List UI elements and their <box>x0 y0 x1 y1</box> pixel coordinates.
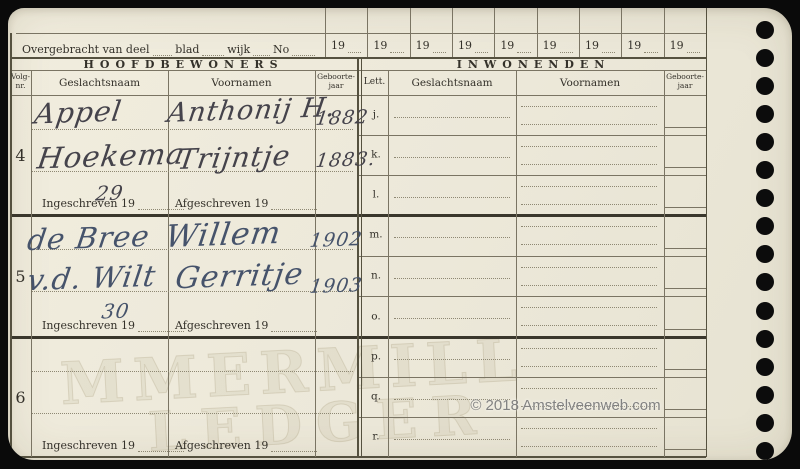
givenname-entry: Anthonij H. <box>165 92 338 129</box>
dotted-fill <box>390 44 403 53</box>
punch-hole <box>756 77 774 95</box>
year-cell-label: 19 <box>543 39 557 52</box>
dotted-fill <box>253 47 270 56</box>
column-header-geslachtsnaam: Geslachtsnaam <box>388 77 516 89</box>
writing-line <box>521 428 657 429</box>
surname-entry: de Bree <box>25 219 152 257</box>
year-cell-label: 19 <box>458 39 472 52</box>
geboortejaar-divider <box>664 207 706 208</box>
year-cell: 19 <box>452 33 494 57</box>
writing-line <box>32 413 353 414</box>
afgeschreven-label: Afgeschreven 19 <box>175 439 317 452</box>
row-letter: n. <box>365 269 387 281</box>
writing-line <box>521 164 657 165</box>
punch-hole <box>756 133 774 151</box>
ingeschreven-label: Ingeschreven 19 <box>42 439 184 452</box>
punch-hole <box>756 189 774 207</box>
writing-line <box>521 106 657 107</box>
writing-line <box>521 285 657 286</box>
row-letter: p. <box>365 350 387 362</box>
geboortejaar-divider <box>664 369 706 370</box>
dotted-fill <box>292 47 315 56</box>
inwonenden-row: p. <box>361 337 706 377</box>
punch-hole <box>756 386 774 404</box>
row-letter: l. <box>365 188 387 200</box>
ingeschreven-year-entry: 30 <box>100 299 131 324</box>
section-title-hoofdbewoners: HOOFDBEWONERS <box>10 58 357 71</box>
dotted-fill <box>517 44 530 53</box>
row-letter: k. <box>365 148 387 160</box>
geboortejaar-divider <box>664 127 706 128</box>
writing-line <box>521 348 657 349</box>
year-cell-label: 19 <box>585 39 599 52</box>
register-card: MMERMILL LEDGER Overgebracht van deel bl… <box>8 8 792 460</box>
dotted-fill <box>433 44 446 53</box>
hoofdbewoners-block: 4 Appel Anthonij H. 1882 Hoekema Trijntj… <box>10 95 357 215</box>
inwonenden-row: r. <box>361 417 706 457</box>
surname-entry: Hoekema <box>35 136 187 175</box>
year-cell: 19 <box>367 33 409 57</box>
geboortejaar-divider <box>664 288 706 289</box>
dotted-fill <box>602 44 615 53</box>
dotted-fill <box>271 442 317 452</box>
dotted-fill <box>348 44 361 53</box>
geboortejaar-divider <box>664 449 706 450</box>
writing-line <box>394 237 510 238</box>
punch-hole <box>756 105 774 123</box>
year-cell: 19 <box>621 33 663 57</box>
inwonenden-row: n. <box>361 256 706 297</box>
dotted-fill <box>202 47 224 56</box>
punch-hole <box>756 49 774 67</box>
hoofdbewoners-block: 6 Ingeschreven 19 Afgeschreven 19 <box>10 337 357 457</box>
year-cells-row: 191919191919191919 <box>325 33 706 57</box>
copyright-watermark: © 2018 Amstelveenweb.com <box>458 397 673 414</box>
writing-line <box>521 388 657 389</box>
year-cell: 19 <box>537 33 579 57</box>
dotted-fill <box>475 44 488 53</box>
column-header-geboortejaar: Geboorte- jaar <box>664 72 706 91</box>
punch-hole <box>756 21 774 39</box>
surname-entry: Appel <box>32 94 124 130</box>
hoofdbewoners-block: 5 de Bree Willem 1902 v.d. Wilt Gerritje… <box>10 215 357 337</box>
punch-hole <box>756 245 774 263</box>
column-header-voornamen: Voornamen <box>516 77 664 89</box>
punch-hole <box>756 414 774 432</box>
year-cell: 19 <box>664 33 706 57</box>
year-cell-label: 19 <box>627 39 641 52</box>
volgnr-value: 6 <box>10 337 31 457</box>
dotted-fill <box>687 44 700 53</box>
writing-line <box>394 157 510 158</box>
punch-hole <box>756 330 774 348</box>
punch-hole <box>756 273 774 291</box>
writing-line <box>32 129 353 130</box>
year-cell-label: 19 <box>331 39 345 52</box>
writing-line <box>394 318 510 319</box>
writing-line <box>521 244 657 245</box>
givenname-entry: Trijntje <box>175 139 293 176</box>
writing-line <box>521 226 657 227</box>
writing-line <box>521 267 657 268</box>
year-cell: 19 <box>494 33 536 57</box>
punch-hole <box>756 302 774 320</box>
writing-line <box>521 307 657 308</box>
writing-line <box>394 278 510 279</box>
year-cell-label: 19 <box>500 39 514 52</box>
punch-hole <box>756 358 774 376</box>
writing-line <box>521 186 657 187</box>
birthyear-entry: 1902 <box>308 228 364 252</box>
writing-line <box>521 124 657 125</box>
punch-hole <box>756 217 774 235</box>
givenname-entry: Willem <box>163 215 284 255</box>
dotted-fill <box>271 200 317 210</box>
surname-entry: v.d. Wilt <box>25 259 158 297</box>
row-letter: r. <box>365 430 387 442</box>
year-cell: 19 <box>325 33 367 57</box>
writing-line <box>521 325 657 326</box>
column-header-geslachtsnaam: Geslachtsnaam <box>31 77 168 89</box>
transfer-label-no: No <box>273 43 289 56</box>
column-header-geboortejaar: Geboorte- jaar <box>315 72 357 91</box>
row-letter: m. <box>365 229 387 241</box>
geboortejaar-divider <box>664 248 706 249</box>
row-letter: q. <box>365 390 387 402</box>
punch-hole <box>756 442 774 460</box>
writing-line <box>32 371 353 372</box>
inwonenden-row: j. <box>361 95 706 135</box>
writing-line <box>521 204 657 205</box>
geboortejaar-divider <box>664 329 706 330</box>
givenname-entry: Gerritje <box>173 257 306 296</box>
dotted-fill <box>153 47 173 56</box>
column-header-voornamen: Voornamen <box>168 77 315 89</box>
dotted-fill <box>560 44 573 53</box>
writing-line <box>521 366 657 367</box>
afgeschreven-label: Afgeschreven 19 <box>175 197 317 210</box>
inwonenden-row: k. <box>361 135 706 175</box>
afgeschreven-label: Afgeschreven 19 <box>175 319 317 332</box>
inwonenden-row: l. <box>361 175 706 215</box>
writing-line <box>521 146 657 147</box>
transfer-label-deel: Overgebracht van deel <box>22 43 150 56</box>
writing-line <box>394 439 510 440</box>
punch-hole <box>756 161 774 179</box>
column-header-lett: Lett. <box>361 77 388 87</box>
transfer-row: Overgebracht van deel blad wijk No <box>22 39 318 56</box>
dotted-fill <box>271 322 317 332</box>
scan-background: MMERMILL LEDGER Overgebracht van deel bl… <box>0 0 800 469</box>
inwonenden-row: m. <box>361 215 706 256</box>
transfer-label-blad: blad <box>175 43 199 56</box>
year-cell-label: 19 <box>670 39 684 52</box>
writing-line <box>394 117 510 118</box>
year-cell: 19 <box>579 33 621 57</box>
writing-line <box>394 197 510 198</box>
inwonenden-row: o. <box>361 296 706 337</box>
column-header-volgnr: Volg- nr. <box>10 72 31 91</box>
volgnr-value: 4 <box>10 95 31 215</box>
dotted-fill <box>644 44 657 53</box>
row-letter: j. <box>365 108 387 120</box>
year-cell-label: 19 <box>416 39 430 52</box>
row-letter: o. <box>365 310 387 322</box>
ingeschreven-year-entry: 29 <box>94 181 125 206</box>
geboortejaar-divider <box>664 167 706 168</box>
writing-line <box>394 359 510 360</box>
transfer-label-wijk: wijk <box>227 43 250 56</box>
year-cell-label: 19 <box>373 39 387 52</box>
section-title-inwonenden: INWONENDEN <box>361 58 706 71</box>
birthyear-entry: 1903 <box>308 274 364 298</box>
year-cell: 19 <box>410 33 452 57</box>
writing-line <box>521 446 657 447</box>
